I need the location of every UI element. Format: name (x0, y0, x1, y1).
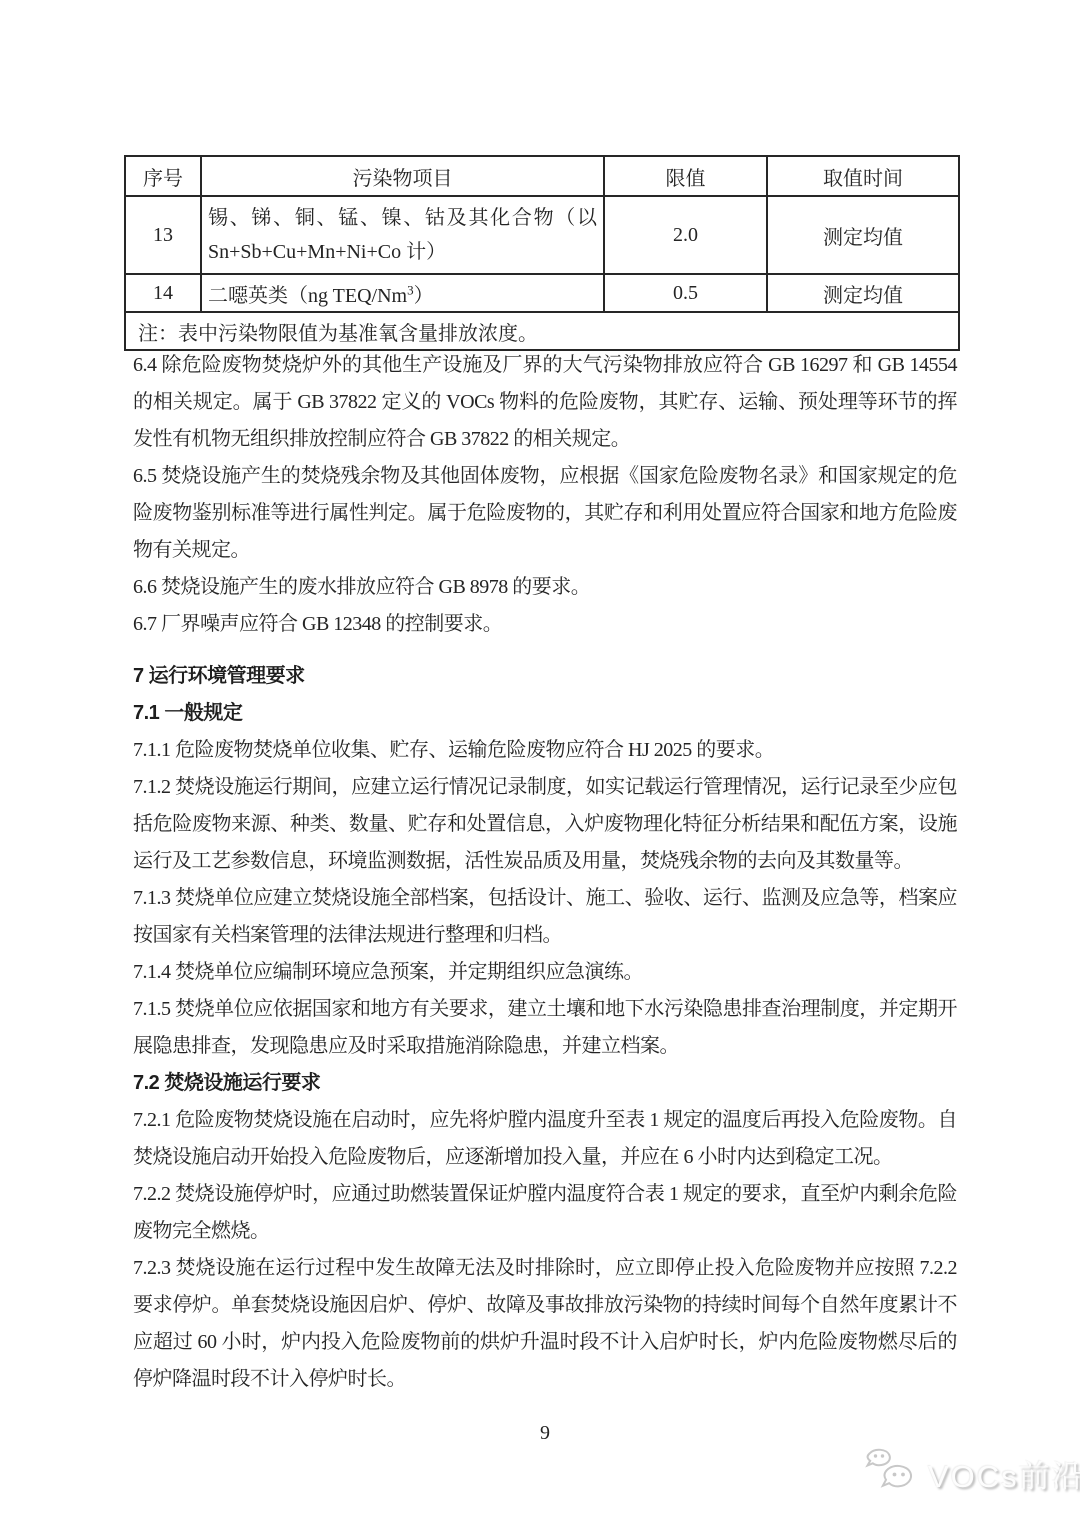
paragraph-7-1-4: 7.1.4 焚烧单位应编制环境应急预案，并定期组织应急演练。 (133, 954, 957, 991)
page-number: 9 (133, 1422, 957, 1445)
section-heading-7-2: 7.2 焚烧设施运行要求 (133, 1065, 957, 1102)
table-row: 14 二噁英类（ng TEQ/Nm3） 0.5 测定均值 (125, 274, 959, 312)
wechat-logo-icon (862, 1446, 920, 1501)
paragraph-7-1-2: 7.1.2 焚烧设施运行期间，应建立运行情况记录制度，如实记载运行管理情况，运行… (133, 769, 957, 880)
header-seq-no: 序号 (125, 156, 201, 196)
table-row: 13 锡、锑、铜、锰、镍、钴及其化合物（以 Sn+Sb+Cu+Mn+Ni+Co … (125, 196, 959, 274)
row13-pollutant-line2: Sn+Sb+Cu+Mn+Ni+Co 计） (208, 235, 597, 269)
row14-pollutant-close: ） (414, 285, 434, 307)
row13-pollutant: 锡、锑、铜、锰、镍、钴及其化合物（以 Sn+Sb+Cu+Mn+Ni+Co 计） (201, 196, 604, 274)
paragraph-7-2-1: 7.2.1 危险废物焚烧设施在启动时，应先将炉膛内温度升至表 1 规定的温度后再… (133, 1102, 957, 1176)
document-page: 序号 污染物项目 限值 取值时间 13 锡、锑、铜、锰、镍、钴及其化合物（以 S… (0, 0, 1080, 1526)
watermark: VOCs前沿 (862, 1446, 1080, 1501)
row14-pollutant-text: 二噁英类（ng TEQ/Nm (208, 285, 407, 307)
paragraph-7-1-1: 7.1.1 危险废物焚烧单位收集、贮存、运输危险废物应符合 HJ 2025 的要… (133, 732, 957, 769)
row13-limit: 2.0 (604, 196, 767, 274)
paragraph-7-2-3: 7.2.3 焚烧设施在运行过程中发生故障无法及时排除时，应立即停止投入危险废物并… (133, 1250, 957, 1398)
header-limit-value: 限值 (604, 156, 767, 196)
paragraph-7-1-5: 7.1.5 焚烧单位应依据国家和地方有关要求，建立土壤和地下水污染隐患排查治理制… (133, 991, 957, 1065)
header-pollutant-item: 污染物项目 (201, 156, 604, 196)
document-body: 6.4 除危险废物焚烧炉外的其他生产设施及厂界的大气污染物排放应符合 GB 16… (133, 347, 957, 1398)
row14-pollutant: 二噁英类（ng TEQ/Nm3） (201, 274, 604, 312)
row13-seq-no: 13 (125, 196, 201, 274)
section-heading-7-1: 7.1 一般规定 (133, 695, 957, 732)
header-value-time: 取值时间 (767, 156, 959, 196)
section-heading-7: 7 运行环境管理要求 (133, 658, 957, 695)
paragraph-6-4: 6.4 除危险废物焚烧炉外的其他生产设施及厂界的大气污染物排放应符合 GB 16… (133, 347, 957, 458)
paragraph-6-7: 6.7 厂界噪声应符合 GB 12348 的控制要求。 (133, 606, 957, 643)
paragraph-6-6: 6.6 焚烧设施产生的废水排放应符合 GB 8978 的要求。 (133, 569, 957, 606)
row14-value-time: 测定均值 (767, 274, 959, 312)
watermark-label: VOCs前沿 (928, 1451, 1080, 1496)
row13-pollutant-line1: 锡、锑、铜、锰、镍、钴及其化合物（以 (208, 201, 597, 235)
paragraph-7-1-3: 7.1.3 焚烧单位应建立焚烧设施全部档案，包括设计、施工、验收、运行、监测及应… (133, 880, 957, 954)
row13-value-time: 测定均值 (767, 196, 959, 274)
pollutant-limits-table: 序号 污染物项目 限值 取值时间 13 锡、锑、铜、锰、镍、钴及其化合物（以 S… (124, 155, 960, 351)
row14-seq-no: 14 (125, 274, 201, 312)
paragraph-7-2-2: 7.2.2 焚烧设施停炉时，应通过助燃装置保证炉膛内温度符合表 1 规定的要求，… (133, 1176, 957, 1250)
table-note-row: 注：表中污染物限值为基准氧含量排放浓度。 (125, 312, 959, 350)
table-note: 注：表中污染物限值为基准氧含量排放浓度。 (125, 312, 959, 350)
paragraph-6-5: 6.5 焚烧设施产生的焚烧残余物及其他固体废物，应根据《国家危险废物名录》和国家… (133, 458, 957, 569)
table-header-row: 序号 污染物项目 限值 取值时间 (125, 156, 959, 196)
row14-limit: 0.5 (604, 274, 767, 312)
